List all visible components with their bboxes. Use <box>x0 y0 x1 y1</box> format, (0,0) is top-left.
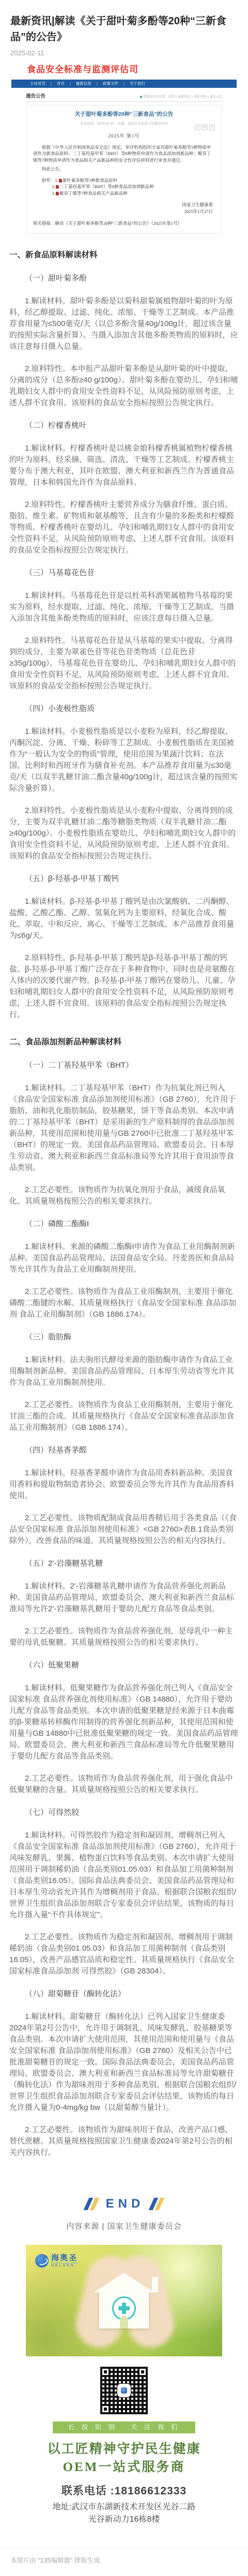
nav-separator: | <box>123 80 125 88</box>
article-paragraph: 2.工艺必要性。该物质配制成食品用香精后用于各类食品（《食品安全国家标准 食品添… <box>9 1513 239 1547</box>
subsection-heading: （五）2'-岩藻糖基乳糖 <box>9 1558 239 1569</box>
notice-box: 关于甜叶菊多酚等20种“三新食品”的公告 发布时间：2025-02-10 来源：… <box>26 105 222 234</box>
end-divider: END <box>0 2197 248 2211</box>
article-paragraph: 1.解读材料。来源的磷酸二酯酶I申请作为食品工业用酶制剂新品种。美国食品药品管理… <box>9 1241 239 1275</box>
article-paragraph: 2.原料特性。β-羟基-β-甲基丁酸钙是β-羟基-β-甲基丁酸的钙盐。β-羟基-… <box>9 952 239 1021</box>
subsection-heading: （二）磷酸二酯酶I <box>9 1218 239 1230</box>
subsection-heading: （一）二丁基羟基甲苯（BHT） <box>9 1060 239 1071</box>
slogan-line1: 以工匠精神守护民生健康 <box>0 2442 248 2457</box>
brand-photo: 海奥圣 HELSEN <box>26 2245 222 2356</box>
content-source: 内容来源 | 国家卫生健康委员会 <box>0 2220 248 2231</box>
breadcrumb-row: 通告公告 ◉您现在所在位置：首页 > 最新信息 > 风险评估 > 通告公告 <box>26 92 222 102</box>
article-paragraph: 2.原料特性。马基莓花色苷是从马基莓的果实中提取、分离得到的成分，主要为翠雀色苷… <box>9 635 239 692</box>
nav-item-2[interactable]: 最新信息 <box>76 80 91 88</box>
nav-separator: | <box>97 80 98 88</box>
subsection-heading: （三）马基莓花色苷 <box>9 567 239 579</box>
article-header: 最新资讯|解读《关于甜叶菊多酚等20种“三新食品”的公告》 2025-02-11 <box>0 0 248 57</box>
attachment-icon <box>56 185 59 189</box>
subsection-heading: （六）低聚果糖 <box>9 1660 239 1671</box>
attachment-list: 附件：1.甜叶菊多酚等5种新食品原料2.二丁基羟基甲苯（BHT）等8种食品添加剂… <box>33 177 215 197</box>
footer: END 内容来源 | 国家卫生健康委员会 海奥圣 HELSEN <box>0 2197 248 2576</box>
section-heading-2: 二、食品添加剂新品种解读材料 <box>9 1036 239 1048</box>
contact-phone: 联系电话 :18186612333 <box>0 2482 248 2498</box>
article-paragraph: 2.工艺必要性。该物质作为甜味剂用于食品，改善产品口感、替代蔗糖。其质量规格按照… <box>9 2124 239 2158</box>
attachment-icon <box>56 192 59 195</box>
nav-item-1[interactable]: 首页 <box>57 80 65 88</box>
article-paragraph: 1.解读材料。低聚果糖作为食品营养强化剂已列入《食品安全国家标准 食品营养强化剂… <box>9 1683 239 1762</box>
issuer: 国家卫生健康委 <box>33 202 213 208</box>
nav-separator: | <box>70 80 71 88</box>
article-paragraph: 1.解读材料。2'-岩藻糖基乳糖申请作为食品营养强化剂新品种。美国食品药品管理局… <box>9 1581 239 1615</box>
doc-number: 2025年 第1号 <box>33 133 215 140</box>
article-paragraph: 2.工艺必要性。该物质作为食品营养强化剂，是母乳中一种主要的母乳低聚糖。其质量规… <box>9 1626 239 1648</box>
nav-item-4[interactable]: 关于我们 <box>130 80 145 88</box>
article-paragraph: 1.解读材料。马基莓花色苷是以杜英科酒果属植物马基莓的果实为原料，经水提取、过滤… <box>9 590 239 624</box>
issue-date: 2025年1月27日 <box>33 208 213 215</box>
article-paragraph: 2.工艺必要性。该物质作为食品工业用酶制剂，主要用于催化甘油三酯的合成。其质量规… <box>9 1399 239 1433</box>
qr-code <box>100 2367 148 2414</box>
breadcrumb[interactable]: ◉您现在所在位置：首页 > 最新信息 > 风险评估 > 通告公告 <box>139 94 222 99</box>
article-paragraph: 1.解读材料。小麦极性脂质是以小麦粉为原料，经乙醇提取、丙酮沉淀、分离、干燥、粉… <box>9 726 239 794</box>
notice-paragraph: 特此公告。 <box>33 166 215 173</box>
article-paragraph: 1.解读材料。羟基香茅醛申请作为食品用香料新品种。美国食用香料和提取物制造者协会… <box>9 1468 239 1502</box>
subsection-heading: （二）柠檬香桃叶 <box>9 420 239 431</box>
subsection-heading: （四）羟基香茅醛 <box>9 1445 239 1456</box>
subsection-heading: （一）甜叶菊多酚 <box>9 273 239 284</box>
article-paragraph: 1.解读材料。法夫驹形氏酵母来源的脂肪酶申请作为食品工业用酶制剂新品种。美国食品… <box>9 1354 239 1389</box>
nav-item-3[interactable]: 政策文件 <box>103 80 118 88</box>
follow-banner: 长 按 识 别 关 注 我 们 <box>53 2421 195 2433</box>
article-paragraph: 1.解读材料。二丁基羟基甲苯（BHT）作为抗氧化剂已列入《食品安全国家标准 食品… <box>9 1083 239 1174</box>
editor-credit: 本图片由 “135编辑器” 排版生成 <box>0 2548 248 2576</box>
page-title: 最新资讯|解读《关于甜叶菊多酚等20种“三新食品”的公告》 <box>10 13 238 45</box>
location-icon: ◉ <box>139 96 142 99</box>
qr-center-logo <box>118 2385 130 2396</box>
article-paragraph: 1.解读材料。β-羟基-β-甲基丁酸钙是由次氯酸钠、二丙酮醇、盐酸、乙酸乙酯、乙… <box>9 896 239 942</box>
notice-paragraph: 根据《中华人民共和国食品安全法》规定，审评机构组织专家对甜叶菊多酚等5种物质申请… <box>33 144 215 164</box>
print-icon[interactable]: ⇩ <box>209 125 215 130</box>
attachment-item[interactable]: 2.二丁基羟基甲苯（BHT）等8种食品添加剂新品种 <box>33 183 215 190</box>
notice-signature: 国家卫生健康委 2025年1月27日 <box>33 202 215 214</box>
nav-item-0[interactable]: 主站首页 <box>30 80 45 88</box>
article-paragraph: 2.原料特性。柠檬香桃叶主要营养成分为膳食纤维、蛋白质、脂肪、维生素、矿物质和氨… <box>9 499 239 556</box>
attachments-label: 附件： <box>42 178 55 183</box>
brand-logo-icon <box>35 2254 49 2268</box>
article-paragraph: 2.工艺必要性。该物质作为食品工业用酶制剂，主要用于催化磷酸二酯键的水解。其质量… <box>9 1286 239 1320</box>
notice-paragraphs: 根据《中华人民共和国食品安全法》规定，审评机构组织专家对甜叶菊多酚等5种物质申请… <box>33 144 215 173</box>
section-heading-1: 一、新食品原料解读材料 <box>9 249 239 261</box>
subsection-heading: （三）脂肪酶 <box>9 1332 239 1343</box>
end-label: END <box>106 2197 145 2211</box>
site-navbar: 主站首页|首页|最新信息|政策文件|关于我们 <box>11 80 237 88</box>
share-icon[interactable]: ↗ <box>195 125 200 130</box>
article-paragraph: 2.工艺必要性。该物质作为抗氧化剂用于食品，减缓食品氧化。其质量规格按照公告的相… <box>9 1184 239 1207</box>
brand-name-en: HELSEN <box>51 2263 78 2268</box>
attachment-item[interactable]: 3.聚异丁烯等7种食品相关产品新品种 <box>33 190 215 197</box>
article-paragraph: 2.原料特性。小麦极性脂质是从小麦粉中提取、分离得到的成分，主要为双半乳糖甘油二… <box>9 805 239 862</box>
subsection-heading: （八）甜菊糖苷（酶转化法） <box>9 1988 239 2000</box>
article-paragraph: 1.解读材料。甜叶菊多酚是以菊科甜菊属植物甜叶菊的叶为原料，经乙醇提取、过滤、纯… <box>9 296 239 352</box>
nav-separator: | <box>51 80 52 88</box>
article-paragraph: 1.解读材料。甜菊糖苷（酶转化法）已列入国家卫生健康委2024年第2号公告中，允… <box>9 2011 239 2114</box>
department-title: 食品安全标准与监测评估司 <box>27 62 237 75</box>
notice-meta: 发布时间：2025-02-10 来源：食品安全标准与监测评估司 <box>33 121 215 126</box>
article-paragraph: 2.工艺必要性。该物质作为稳定剂和凝固剂、增稠剂用于调制稀奶油（食品类别01.0… <box>9 1932 239 1977</box>
gov-site-screenshot: 食品安全标准与监测评估司 主站首页|首页|最新信息|政策文件|关于我们 通告公告… <box>11 62 237 234</box>
article-paragraph: 1.解读材料。柠檬香桃叶是以桃金娘科檬香桃属植物柠檬香桃的叶为原料，经采摘、筛选… <box>9 443 239 488</box>
notice-title: 关于甜叶菊多酚等20种“三新食品”的公告 <box>33 111 215 118</box>
subsection-heading: （七）可得然胶 <box>9 1807 239 1818</box>
subsection-heading: （四）小麦极性脂质 <box>9 703 239 715</box>
subsection-heading: （五）β-羟基-β-甲基丁酸钙 <box>9 873 239 885</box>
slogan-line2: OEM一站式服务商 <box>0 2460 248 2475</box>
notice-toolbar: ↗A⇩ <box>193 121 215 130</box>
page: 最新资讯|解读《关于甜叶菊多酚等20种“三新食品”的公告》 2025-02-11… <box>0 0 248 2576</box>
related-link[interactable]: 相关链接：解读《关于甜叶菊多酚等20种“三新食品”的公告》（2025年第1号） <box>33 220 215 227</box>
section-title: 通告公告 <box>26 92 45 99</box>
brand-logo: 海奥圣 HELSEN <box>35 2254 78 2268</box>
brand-name-cn: 海奥圣 <box>51 2254 78 2262</box>
attachment-item[interactable]: 附件：1.甜叶菊多酚等5种新食品原料 <box>33 177 215 184</box>
article-paragraph: 2.原料特性。本申报产品甜叶菊多酚是从甜叶菊的叶中提取、分离的成分（总多酚≥40… <box>9 363 239 409</box>
publish-date: 2025-02-11 <box>10 49 238 57</box>
article-paragraph: 1.解读材料。可得然胶作为稳定剂和凝固剂、增稠剂已列入《食品安全国家标准 食品添… <box>9 1830 239 1921</box>
article-paragraph: 2.工艺必要性。该物质作为食品营养强化剂，用于强化食品中低聚果糖的含量。其质量规… <box>9 1773 239 1796</box>
article-body: 一、新食品原料解读材料（一）甜叶菊多酚1.解读材料。甜叶菊多酚是以菊科甜菊属植物… <box>0 249 248 2158</box>
attachment-icon <box>59 179 62 182</box>
fontsize-icon[interactable]: A <box>202 125 208 130</box>
house-icon <box>99 2292 149 2328</box>
contact-address: 地址:武汉市东湖新技术开发区光谷二路 光谷新动力16栋8楼 <box>0 2501 248 2526</box>
